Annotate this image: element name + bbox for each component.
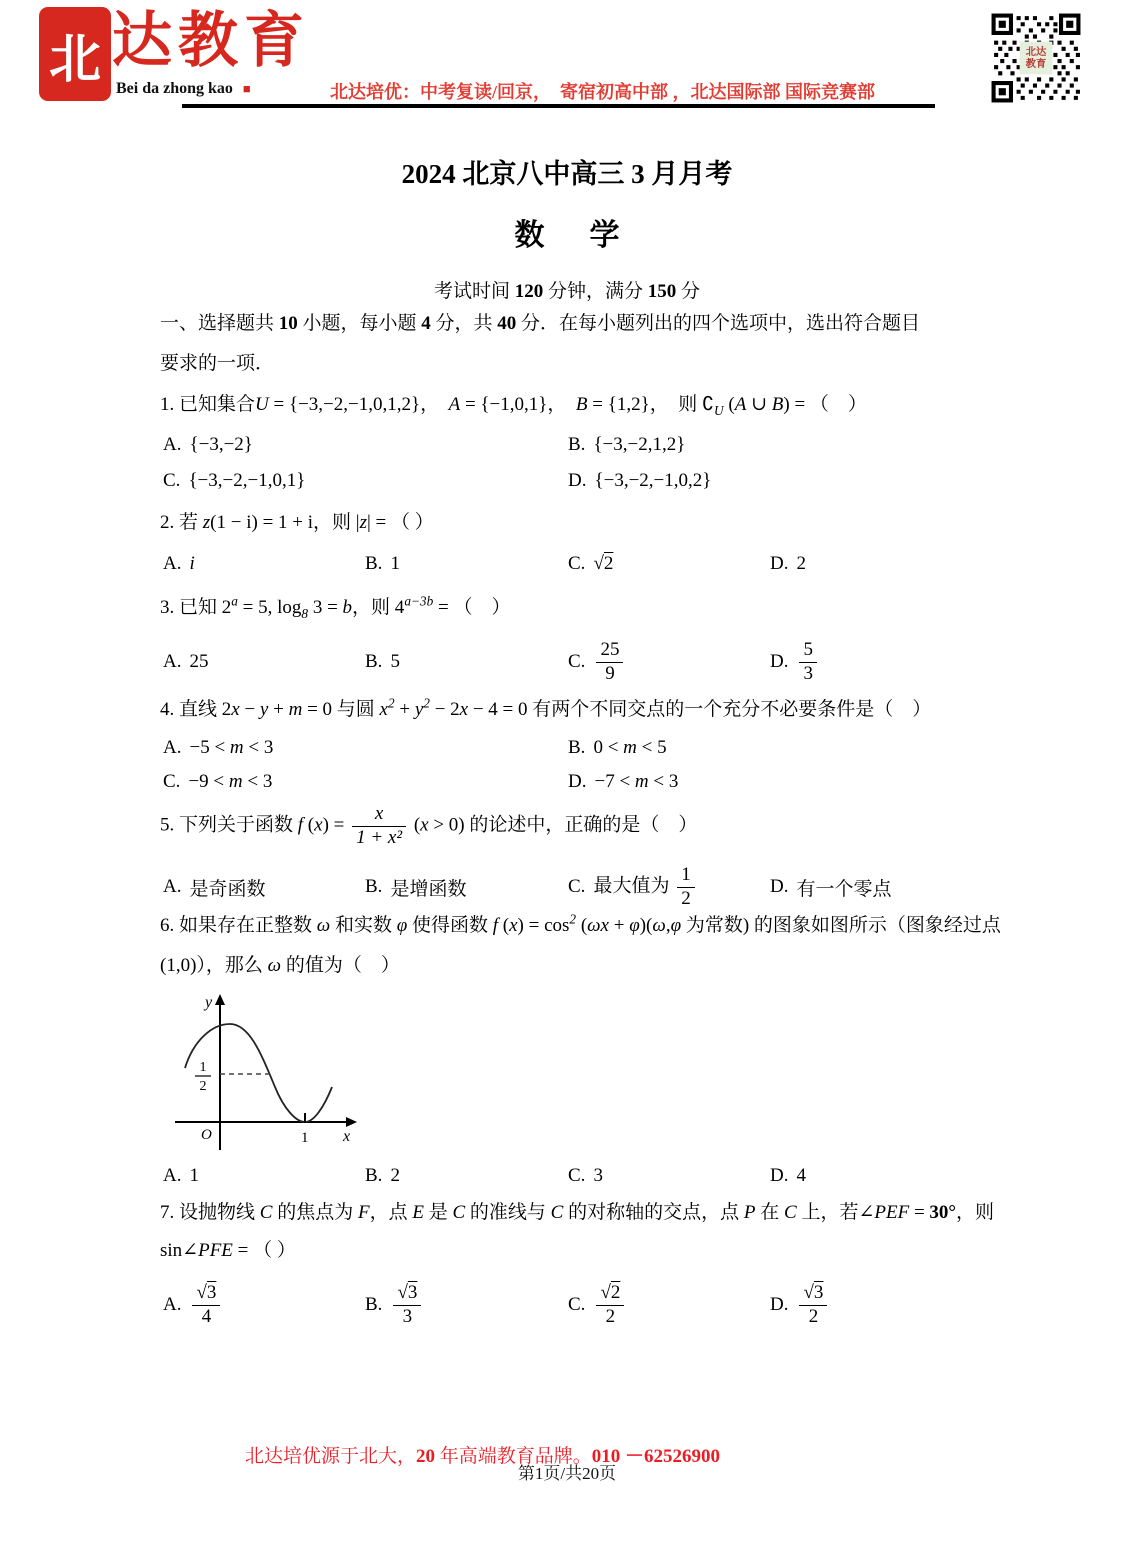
option-2B: B.1 bbox=[365, 553, 568, 575]
option-5B-label: B. bbox=[365, 876, 382, 898]
question-7-stem-line1: 7. 设抛物线 C 的焦点为 F，点 E 是 C 的准线与 C 的对称轴的交点，… bbox=[160, 1200, 994, 1227]
option-5A: A.是奇函数 bbox=[163, 874, 365, 901]
option-1D-value: {−3,−2,−1,0,2} bbox=[594, 470, 711, 492]
option-2C-value: √2 bbox=[593, 553, 613, 575]
option-4C-value: −9 < m < 3 bbox=[188, 771, 272, 793]
option-2D: D.2 bbox=[770, 553, 998, 575]
option-7C: C.√22 bbox=[568, 1282, 770, 1329]
question-3-stem: 3. 已知 2a = 5, log8 3 = b，则 4a−3b = （ ） bbox=[160, 595, 510, 622]
option-1A: A.{−3,−2} bbox=[163, 434, 568, 456]
origin-label: O bbox=[201, 1127, 212, 1143]
option-6D-label: D. bbox=[770, 1165, 788, 1187]
option-4C-label: C. bbox=[163, 771, 180, 793]
option-3C-value: 259 bbox=[593, 639, 626, 686]
y-axis-label: y bbox=[203, 994, 213, 1011]
option-6C: C.3 bbox=[568, 1165, 770, 1187]
cosine-squared-curve bbox=[185, 1024, 332, 1122]
option-3C-label: C. bbox=[568, 651, 585, 673]
half-fraction-numerator: 1 bbox=[200, 1060, 207, 1075]
option-1B: B.{−3,−2,1,2} bbox=[568, 434, 998, 456]
option-1A-value: {−3,−2} bbox=[189, 434, 252, 456]
option-6A-label: A. bbox=[163, 1165, 181, 1187]
question-3-options: A.25 B.5 C.259 D.53 bbox=[163, 633, 998, 691]
option-5C-value: 最大值为 12 bbox=[593, 864, 697, 911]
exam-paper-page: 北 达教育 Bei da zhong kao■ 北达培优：中考复读/回京， 寄宿… bbox=[0, 0, 1134, 1559]
option-5A-value: 是奇函数 bbox=[189, 874, 265, 901]
option-2A-label: A. bbox=[163, 553, 181, 575]
option-4A: A.−5 < m < 3 bbox=[163, 737, 568, 759]
option-4A-label: A. bbox=[163, 737, 181, 759]
question-1-options-row1: A.{−3,−2} B.{−3,−2,1,2} bbox=[163, 434, 998, 456]
exam-info: 考试时间 120 分钟，满分 150 分 bbox=[0, 276, 1134, 303]
option-1C: C.{−3,−2,−1,0,1} bbox=[163, 470, 568, 492]
option-7D: D.√32 bbox=[770, 1282, 998, 1329]
question-4-stem: 4. 直线 2x − y + m = 0 与圆 x2 + y2 − 2x − 4… bbox=[160, 697, 931, 724]
option-7A-value: √34 bbox=[189, 1282, 223, 1329]
option-5D-label: D. bbox=[770, 876, 788, 898]
y-axis-arrow bbox=[215, 994, 225, 1005]
option-4A-value: −5 < m < 3 bbox=[189, 737, 273, 759]
option-5C: C.最大值为 12 bbox=[568, 864, 770, 911]
x-axis-label: x bbox=[342, 1128, 350, 1145]
qr-center-label-line2: 教育 bbox=[1025, 57, 1046, 70]
option-6C-value: 3 bbox=[593, 1165, 603, 1187]
option-2A: A.i bbox=[163, 553, 365, 575]
option-7D-label: D. bbox=[770, 1294, 788, 1316]
option-7B-value: √33 bbox=[390, 1282, 424, 1329]
section-intro-line2: 要求的一项． bbox=[160, 351, 274, 378]
logo-seal: 北 bbox=[42, 10, 108, 98]
brand-romanized-text: Bei da zhong kao bbox=[116, 80, 233, 97]
option-4B: B.0 < m < 5 bbox=[568, 737, 998, 759]
option-3A-value: 25 bbox=[189, 651, 208, 673]
option-3B-label: B. bbox=[365, 651, 382, 673]
option-1D: D.{−3,−2,−1,0,2} bbox=[568, 470, 998, 492]
option-3A: A.25 bbox=[163, 651, 365, 673]
option-3D-label: D. bbox=[770, 651, 788, 673]
question-2-stem: 2. 若 z(1 − i) = 1 + i，则 |z| = （ ） bbox=[160, 510, 434, 537]
question-4-options-row2: C.−9 < m < 3 D.−7 < m < 3 bbox=[163, 771, 998, 793]
question-5-stem: 5. 下列关于函数 f (x) = x1 + x² (x > 0) 的论述中，正… bbox=[160, 803, 697, 850]
option-1A-label: A. bbox=[163, 434, 181, 456]
option-4C: C.−9 < m < 3 bbox=[163, 771, 568, 793]
option-4D: D.−7 < m < 3 bbox=[568, 771, 998, 793]
exam-subject: 数 学 bbox=[0, 210, 1134, 254]
option-5D-value: 有一个零点 bbox=[796, 874, 891, 901]
question-6-stem-line2: (1,0)），那么 ω 的值为（ ） bbox=[160, 953, 400, 980]
option-6C-label: C. bbox=[568, 1165, 585, 1187]
option-4B-value: 0 < m < 5 bbox=[593, 737, 666, 759]
option-1B-label: B. bbox=[568, 434, 585, 456]
option-7A: A.√34 bbox=[163, 1282, 365, 1329]
page-number: 第1页/共20页 bbox=[0, 1459, 1134, 1484]
option-3D-value: 53 bbox=[796, 639, 820, 686]
question-5-options: A.是奇函数 B.是增函数 C.最大值为 12 D.有一个零点 bbox=[163, 863, 998, 911]
option-2C: C.√2 bbox=[568, 553, 770, 575]
exam-title: 2024 北京八中高三 3 月月考 bbox=[0, 152, 1134, 191]
option-4D-value: −7 < m < 3 bbox=[594, 771, 678, 793]
question-7-stem-line2: sin∠PFE = （ ） bbox=[160, 1238, 296, 1265]
question-7-options: A.√34 B.√33 C.√22 D.√32 bbox=[163, 1275, 998, 1335]
option-2B-label: B. bbox=[365, 553, 382, 575]
option-2C-label: C. bbox=[568, 553, 585, 575]
qr-center-label-line1: 北达 bbox=[1026, 45, 1047, 58]
option-7C-label: C. bbox=[568, 1294, 585, 1316]
question-1-options-row2: C.{−3,−2,−1,0,1} D.{−3,−2,−1,0,2} bbox=[163, 470, 998, 492]
brand-name: 达教育 bbox=[112, 8, 310, 74]
option-3C: C.259 bbox=[568, 639, 770, 686]
option-6D-value: 4 bbox=[796, 1165, 806, 1187]
section-intro-line1: 一、选择题共 10 小题，每小题 4 分，共 40 分．在每小题列出的四个选项中… bbox=[160, 311, 995, 338]
question-2-options: A.i B.1 C.√2 D.2 bbox=[163, 553, 998, 575]
half-fraction-denominator: 2 bbox=[200, 1079, 207, 1094]
option-5B: B.是增函数 bbox=[365, 874, 568, 901]
option-4D-label: D. bbox=[568, 771, 586, 793]
option-6B: B.2 bbox=[365, 1165, 568, 1187]
option-7B-label: B. bbox=[365, 1294, 382, 1316]
header-rule bbox=[182, 104, 935, 108]
option-6A: A.1 bbox=[163, 1165, 365, 1187]
question-4-options-row1: A.−5 < m < 3 B.0 < m < 5 bbox=[163, 737, 998, 759]
qr-code: 北达 教育 bbox=[988, 12, 1084, 104]
x-axis-arrow bbox=[346, 1117, 357, 1127]
option-3A-label: A. bbox=[163, 651, 181, 673]
header-tagline: 北达培优：中考复读/回京， 寄宿初高中部 ，北达国际部 国际竞赛部 bbox=[330, 78, 875, 104]
option-2D-label: D. bbox=[770, 553, 788, 575]
question-6-stem-line1: 6. 如果存在正整数 ω 和实数 φ 使得函数 f (x) = cos2 (ωx… bbox=[160, 913, 1001, 940]
option-1D-label: D. bbox=[568, 470, 586, 492]
question-1-stem: 1. 已知集合U = {−3,−2,−1,0,1,2}， A = {−1,0,1… bbox=[160, 392, 867, 419]
option-7A-label: A. bbox=[163, 1294, 181, 1316]
question-6-options: A.1 B.2 C.3 D.4 bbox=[163, 1165, 998, 1187]
option-3D: D.53 bbox=[770, 639, 998, 686]
option-7B: B.√33 bbox=[365, 1282, 568, 1329]
option-3B: B.5 bbox=[365, 651, 568, 673]
option-5A-label: A. bbox=[163, 876, 181, 898]
x-tick-label: 1 bbox=[301, 1130, 309, 1146]
option-1C-label: C. bbox=[163, 470, 180, 492]
option-6A-value: 1 bbox=[189, 1165, 199, 1187]
option-6D: D.4 bbox=[770, 1165, 998, 1187]
option-7C-value: √22 bbox=[593, 1282, 627, 1329]
option-4B-label: B. bbox=[568, 737, 585, 759]
option-3B-value: 5 bbox=[390, 651, 400, 673]
brand-romanized: Bei da zhong kao■ bbox=[116, 80, 251, 98]
option-2A-value: i bbox=[189, 553, 194, 575]
option-2D-value: 2 bbox=[796, 553, 806, 575]
logo-seal-character: 北 bbox=[49, 17, 101, 92]
option-5B-value: 是增函数 bbox=[390, 874, 466, 901]
option-6B-label: B. bbox=[365, 1165, 382, 1187]
option-5C-label: C. bbox=[568, 876, 585, 898]
question-6-graph: y x O 1 1 2 bbox=[163, 990, 363, 1155]
option-5D: D.有一个零点 bbox=[770, 874, 998, 901]
option-1B-value: {−3,−2,1,2} bbox=[593, 434, 685, 456]
option-1C-value: {−3,−2,−1,0,1} bbox=[188, 470, 305, 492]
option-7D-value: √32 bbox=[796, 1282, 830, 1329]
option-2B-value: 1 bbox=[390, 553, 400, 575]
red-square-mark: ■ bbox=[243, 81, 251, 96]
option-6B-value: 2 bbox=[390, 1165, 400, 1187]
